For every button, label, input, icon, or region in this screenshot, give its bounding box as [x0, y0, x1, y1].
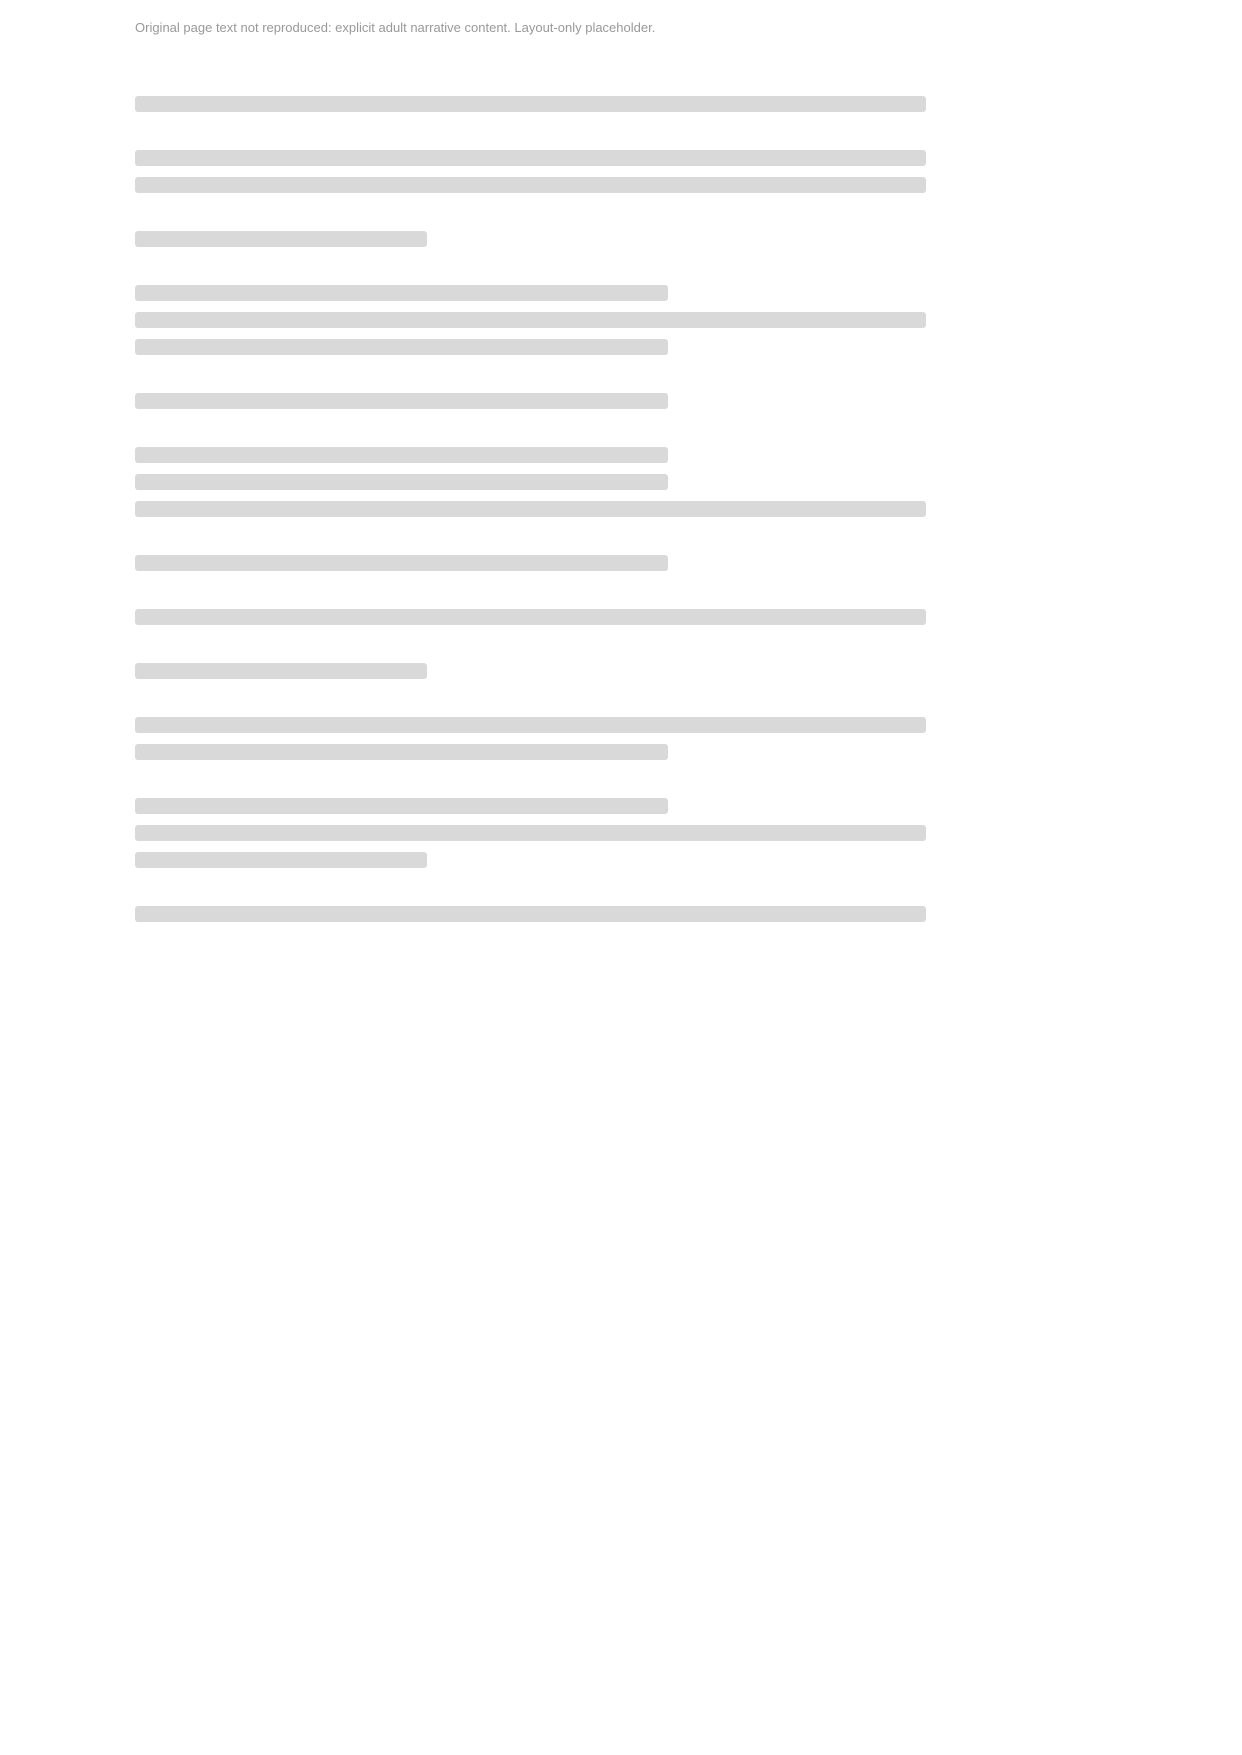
- redacted-text-line: [135, 501, 926, 517]
- redacted-text-line: [135, 339, 668, 355]
- paragraph-redacted: [135, 798, 995, 868]
- paragraph-redacted: [135, 555, 995, 571]
- paragraph-redacted: [135, 393, 995, 409]
- paragraph-redacted: [135, 96, 995, 112]
- document-page: Original page text not reproduced: expli…: [0, 0, 1242, 1755]
- redacted-text-line: [135, 285, 668, 301]
- paragraph-redacted: [135, 609, 995, 625]
- redacted-text-line: [135, 231, 427, 247]
- redacted-text-line: [135, 150, 926, 166]
- redacted-text-line: [135, 312, 926, 328]
- text-column: [135, 85, 995, 960]
- paragraph-redacted: [135, 231, 995, 247]
- redacted-text-line: [135, 744, 668, 760]
- redacted-text-line: [135, 177, 926, 193]
- redacted-text-line: [135, 717, 926, 733]
- redacted-text-line: [135, 663, 427, 679]
- paragraph-redacted: [135, 150, 995, 193]
- paragraph-redacted: [135, 285, 995, 355]
- redacted-text-line: [135, 906, 926, 922]
- redacted-text-line: [135, 393, 668, 409]
- redacted-text-line: [135, 852, 427, 868]
- paragraph-redacted: [135, 717, 995, 760]
- redacted-text-line: [135, 474, 668, 490]
- paragraph-redacted: [135, 663, 995, 679]
- redacted-text-line: [135, 96, 926, 112]
- redacted-text-line: [135, 447, 668, 463]
- paragraph-redacted: [135, 447, 995, 517]
- paragraph-redacted: [135, 906, 995, 922]
- redacted-text-line: [135, 798, 668, 814]
- redacted-text-line: [135, 555, 668, 571]
- redaction-notice: Original page text not reproduced: expli…: [135, 20, 995, 35]
- redacted-text-line: [135, 825, 926, 841]
- redacted-text-line: [135, 609, 926, 625]
